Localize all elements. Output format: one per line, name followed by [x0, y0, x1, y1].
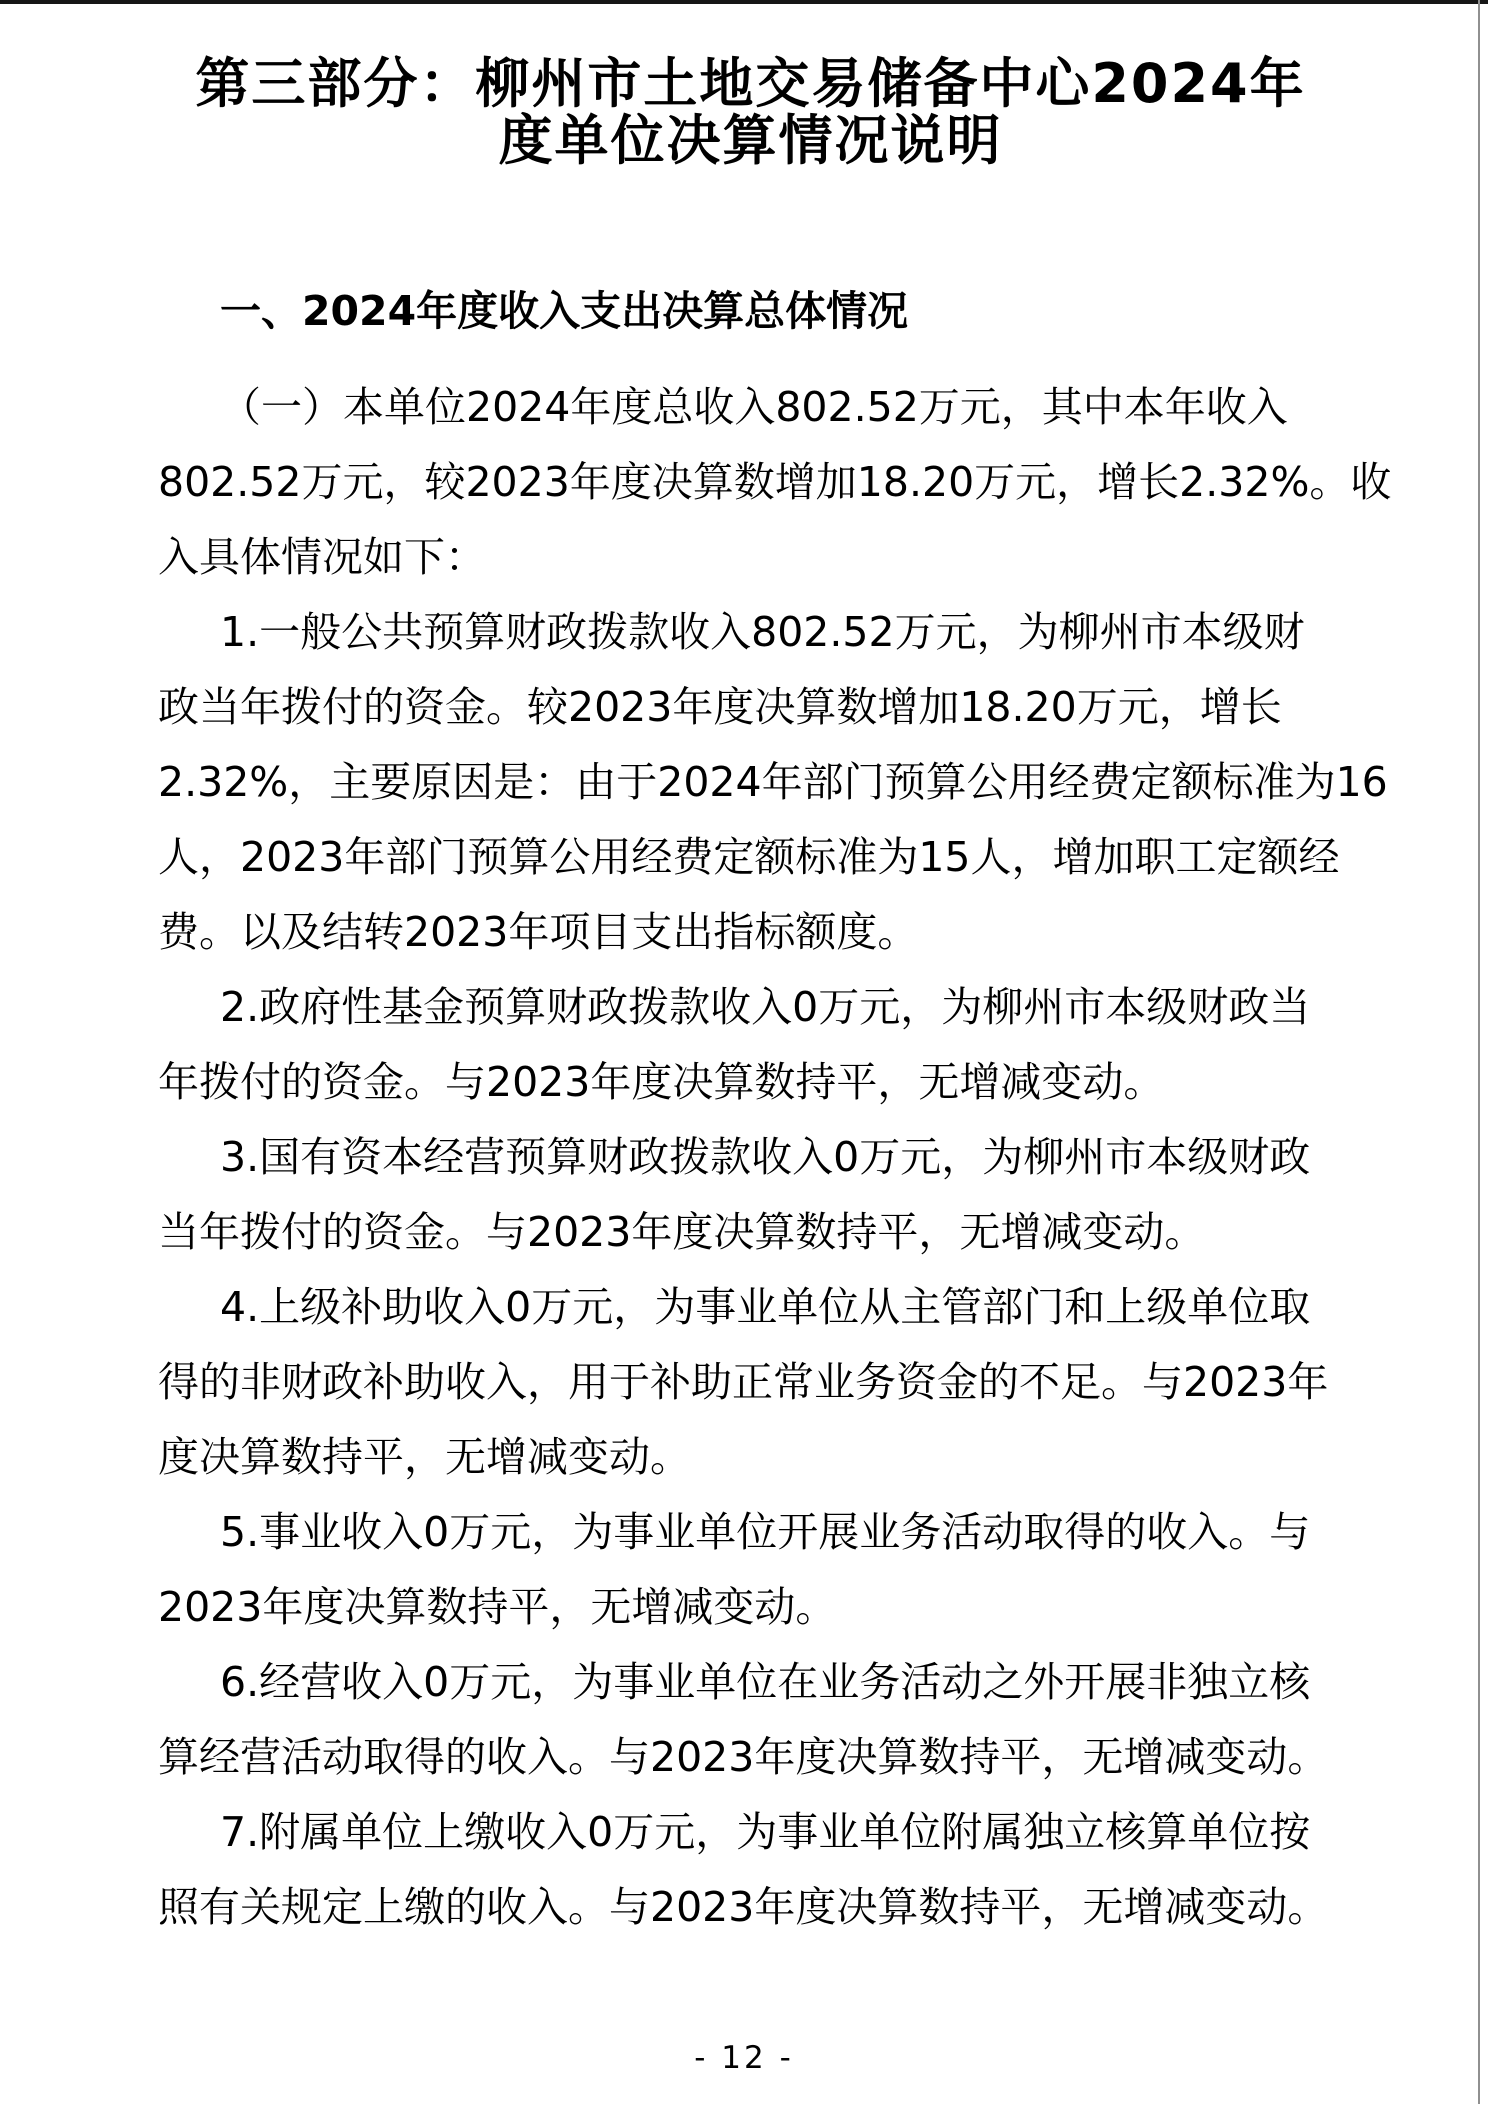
text-line: 802.52万元，较2023年度决算数增加18.20万元，增长2.32%。收: [158, 445, 1343, 520]
text-line: 6.经营收入0万元，为事业单位在业务活动之外开展非独立核: [158, 1645, 1343, 1720]
document-page: 第三部分：柳州市土地交易储备中心2024年 度单位决算情况说明 一、2024年度…: [0, 0, 1488, 2104]
section-heading: 一、2024年度收入支出决算总体情况: [158, 287, 1343, 335]
text-line: 1.一般公共预算财政拨款收入802.52万元，为柳州市本级财: [158, 595, 1343, 670]
text-line: 当年拨付的资金。与2023年度决算数持平，无增减变动。: [158, 1195, 1343, 1270]
text-line: 人，2023年部门预算公用经费定额标准为15人，增加职工定额经: [158, 820, 1343, 895]
text-line: 政当年拨付的资金。较2023年度决算数增加18.20万元，增长: [158, 670, 1343, 745]
document-body: （一）本单位2024年度总收入802.52万元，其中本年收入802.52万元，较…: [158, 370, 1343, 1945]
text-line: 7.附属单位上缴收入0万元，为事业单位附属独立核算单位按: [158, 1795, 1343, 1870]
text-line: 得的非财政补助收入，用于补助正常业务资金的不足。与2023年: [158, 1345, 1343, 1420]
title-line-1: 第三部分：柳州市土地交易储备中心2024年: [158, 55, 1343, 112]
text-line: 费。以及结转2023年项目支出指标额度。: [158, 895, 1343, 970]
text-line: 年拨付的资金。与2023年度决算数持平，无增减变动。: [158, 1045, 1343, 1120]
text-line: 4.上级补助收入0万元，为事业单位从主管部门和上级单位取: [158, 1270, 1343, 1345]
text-line: 5.事业收入0万元，为事业单位开展业务活动取得的收入。与: [158, 1495, 1343, 1570]
text-line: 度决算数持平，无增减变动。: [158, 1420, 1343, 1495]
text-line: 2.政府性基金预算财政拨款收入0万元，为柳州市本级财政当: [158, 970, 1343, 1045]
document-title: 第三部分：柳州市土地交易储备中心2024年 度单位决算情况说明: [158, 55, 1343, 169]
title-line-2: 度单位决算情况说明: [158, 112, 1343, 169]
text-line: 入具体情况如下：: [158, 520, 1343, 595]
document-content: 第三部分：柳州市土地交易储备中心2024年 度单位决算情况说明 一、2024年度…: [158, 0, 1343, 1945]
text-line: （一）本单位2024年度总收入802.52万元，其中本年收入: [158, 370, 1343, 445]
text-line: 算经营活动取得的收入。与2023年度决算数持平，无增减变动。: [158, 1720, 1343, 1795]
page-number: - 12 -: [0, 2040, 1488, 2076]
text-line: 照有关规定上缴的收入。与2023年度决算数持平，无增减变动。: [158, 1870, 1343, 1945]
text-line: 2023年度决算数持平，无增减变动。: [158, 1570, 1343, 1645]
scan-artifact-right-edge: [1478, 0, 1480, 2104]
text-line: 2.32%，主要原因是：由于2024年部门预算公用经费定额标准为16: [158, 745, 1343, 820]
text-line: 3.国有资本经营预算财政拨款收入0万元，为柳州市本级财政: [158, 1120, 1343, 1195]
